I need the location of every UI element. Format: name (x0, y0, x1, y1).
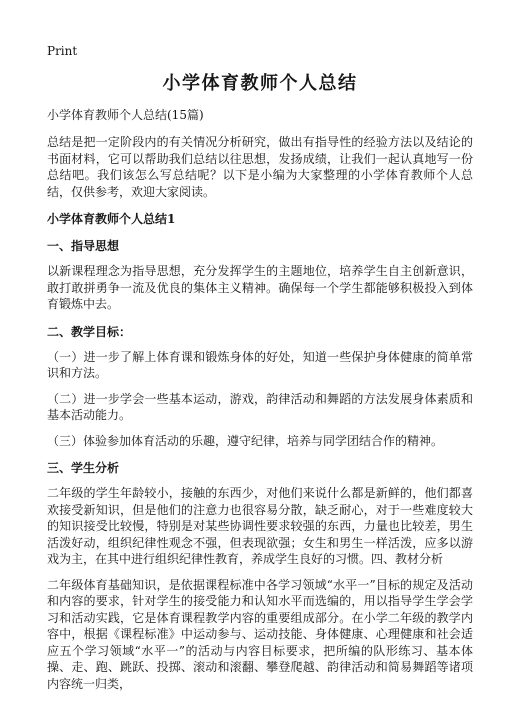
document-page: Print 小学体育教师个人总结 小学体育教师个人总结(15篇) 总结是把一定阶… (0, 0, 520, 718)
section-heading-summary-1: 小学体育教师个人总结1 (47, 212, 473, 227)
doc-subtitle: 小学体育教师个人总结(15篇) (47, 107, 473, 123)
paragraph-goal-1: （一）进一步了解上体育课和锻炼身体的好处，知道一些保护身体健康的简单常识和方法。 (47, 349, 473, 382)
intro-paragraph: 总结是把一定阶段内的有关情况分析研究，做出有指导性的经验方法以及结论的书面材料，… (47, 134, 473, 200)
paragraph-student-analysis: 二年级的学生年龄较小，接触的东西少，对他们来说什么都是新鲜的，他们都喜欢接受新知… (47, 485, 473, 568)
paragraph-goal-3: （三）体验参加体育活动的乐趣，遵守纪律，培养与同学团结合作的精神。 (47, 433, 473, 450)
section-heading-guiding-ideology: 一、指导思想 (47, 239, 473, 254)
section-heading-teaching-goals: 二、教学目标： (47, 325, 473, 340)
paragraph-textbook-analysis: 二年级体育基础知识，是依据课程标准中各学习领域“水平一”目标的规定及活动和内容的… (47, 577, 473, 693)
print-link[interactable]: Print (47, 44, 77, 58)
section-heading-student-analysis: 三、学生分析 (47, 461, 473, 476)
paragraph-goal-2: （二）进一步学会一些基本运动，游戏，韵律活动和舞蹈的方法发展身体素质和基本活动能… (47, 391, 473, 424)
page-title: 小学体育教师个人总结 (47, 72, 473, 96)
paragraph-guiding-ideology: 以新课程理念为指导思想，充分发挥学生的主题地位，培养学生自主创新意识，敢打敢拼勇… (47, 263, 473, 313)
